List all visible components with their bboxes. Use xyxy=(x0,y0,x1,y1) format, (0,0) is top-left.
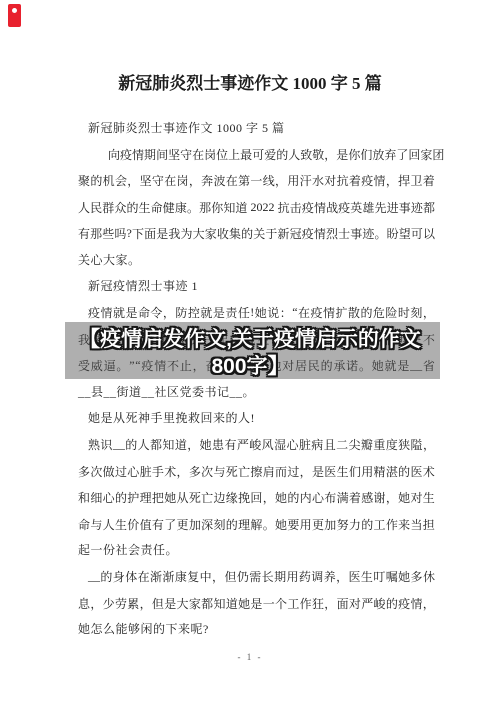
text-line: 她怎么能够闲的下来呢? xyxy=(78,616,435,642)
text-line: 命与人生价值有了更加深刻的理解。她要用更加努力的工作来当担 xyxy=(78,511,435,537)
text-line: 熟识__的人都知道，她患有严峻风湿心脏病且二尖瓣重度狭隘， xyxy=(78,432,435,458)
text-line: 新冠肺炎烈士事迹作文 1000 字 5 篇 xyxy=(78,115,435,141)
document-page: { "page": { "title": "新冠肺炎烈士事迹作文 1000 字 … xyxy=(0,0,500,706)
text-line: 新冠疫情烈士事迹 1 xyxy=(78,273,435,299)
text-line: 向疫情期间坚守在岗位上最可爱的人致敬，是你们放弃了回家团 xyxy=(78,141,435,167)
watermark-line-1: 【疫情启发作文,关于疫情启示的作文 xyxy=(0,326,500,353)
footer-page-number: - 1 - xyxy=(0,652,500,662)
text-line: 关心大家。 xyxy=(78,247,435,273)
text-line: 聚的机会，坚守在岗，奔波在第一线，用汗水对抗着疫情，捍卫着 xyxy=(78,168,435,194)
text-line: 她是从死神手里挽救回来的人! xyxy=(78,405,435,431)
text-line: 起一份社会责任。 xyxy=(78,537,435,563)
text-line: 息，少劳累，但是大家都知道她是一个工作狂，面对严峻的疫情， xyxy=(78,590,435,616)
text-line: __的身体在渐渐康复中，但仍需长期用药调养，医生叮嘱她多休 xyxy=(78,564,435,590)
red-bookmark-pin-icon xyxy=(8,4,21,27)
text-line: 人民群众的生命健康。那你知道 2022 抗击疫情战疫英雄先进事迹都 xyxy=(78,194,435,220)
page-title: 新冠肺炎烈士事迹作文 1000 字 5 篇 xyxy=(0,72,500,96)
watermark-line-2: 800字】 xyxy=(0,353,500,380)
text-line: __县__街道__社区党委书记__。 xyxy=(78,379,435,405)
text-line: 和细心的护理把她从死亡边缘挽回，她的内心布满着感谢，她对生 xyxy=(78,484,435,510)
watermark-text: 【疫情启发作文,关于疫情启示的作文 800字】 xyxy=(0,326,500,380)
pin-dot-icon xyxy=(12,8,17,13)
text-line: 多次做过心脏手术，多次与死亡擦肩而过，是医生们用精湛的医术 xyxy=(78,458,435,484)
text-line: 有那些吗?下面是我为大家收集的关于新冠疫情烈士事迹。盼望可以 xyxy=(78,221,435,247)
